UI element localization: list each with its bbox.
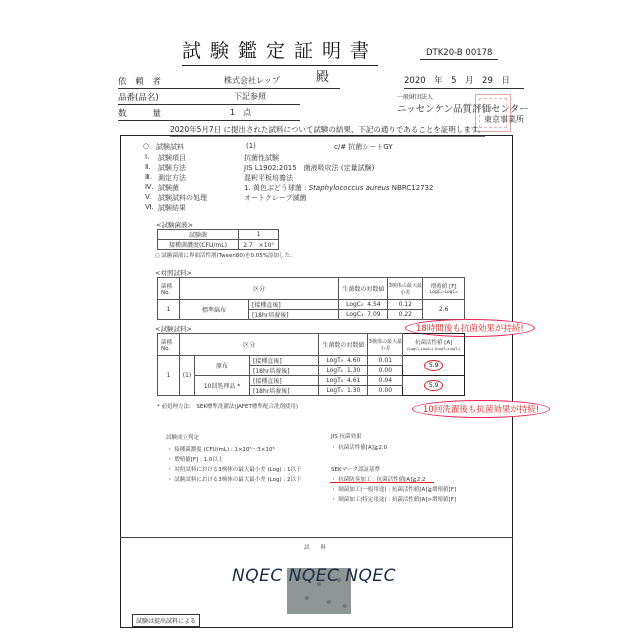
item-value: 1. 黄色ぶどう球菌 : Staphylococcus aureus NBRC1… <box>244 183 434 193</box>
jis-heading: JIS 抗菌効果 <box>331 432 361 440</box>
validity-heading: 試験成立判定 <box>166 433 199 441</box>
item-number: Ⅳ. <box>145 183 154 191</box>
test-group-1-name: 10回処理品 * <box>195 376 250 396</box>
item-label: 測定方法 <box>158 173 186 183</box>
certificate-title: 試験鑑定証明書 <box>182 36 378 66</box>
client-label: 依 頼 者 <box>118 75 164 87</box>
specimen-note: 試験は提出試料による <box>132 614 200 627</box>
org-type: 一般財団法人 <box>397 92 433 101</box>
control-name: 標準綿布 <box>180 300 249 320</box>
item-value: オートクレーブ滅菌 <box>244 193 307 203</box>
test-g0-diff-1: 0.00 <box>368 366 403 376</box>
specimen-divider <box>120 537 513 538</box>
item-number: Ⅵ. <box>145 203 154 211</box>
test-g1-log-0: LogT₀ 4.61 <box>319 376 368 386</box>
test-sub: (1) <box>180 356 195 396</box>
test-header-diff: 3検体の最大最小差 <box>368 334 403 356</box>
item-label: 試験結果 <box>158 203 186 213</box>
jis-item: ・ 抗菌活性値[A]≧2.0 <box>331 443 387 451</box>
product-label: 品番(品名) <box>118 91 159 103</box>
sek-heading: SEKマーク認証基準 <box>331 465 380 473</box>
control-diff-0: 0.12 <box>388 300 423 310</box>
test-header-no: 菌種 No. <box>158 334 180 356</box>
item-number: Ⅱ. <box>145 163 151 171</box>
test-group-1-activity: 5.9 <box>403 376 465 396</box>
control-header-category: 区分 <box>180 278 339 300</box>
inoculum-table: 試験菌 1 接種菌濃度(CFU/mL) 2.7 ×10⁵ <box>157 229 279 250</box>
test-group-0-name: 原布 <box>195 356 250 376</box>
quantity-value: 1 点 <box>230 107 251 118</box>
sek-item: ・ 制菌加工(一般用途) : 抗菌活性値[A]≧増殖値[F] <box>331 485 456 493</box>
test-no: 1 <box>158 356 180 396</box>
item-number: Ⅰ. <box>145 153 149 161</box>
client-value: 株式会社レップ <box>224 75 280 86</box>
item-number: Ⅲ. <box>145 173 152 181</box>
client-row: 依 頼 者 株式会社レップ <box>118 74 340 89</box>
control-timing-1: [18hr培養後] <box>249 310 339 320</box>
validity-item: ・ 対照試料における3検体の最大最小差 (Log) : 1以下 <box>167 465 301 473</box>
control-timing-0: [接種直後] <box>249 300 339 310</box>
test-header-log: 生菌数の対数値 <box>319 334 368 356</box>
validity-item: ・ 接種菌濃度 (CFU/mL) : 1×10⁵～3×10⁵ <box>167 445 275 453</box>
callout-10-washes: 10回洗濯後も抗菌効果が持続! <box>412 400 550 418</box>
item-value: JIS L1902:2015 菌液吸収法 (定量試験) <box>244 163 374 173</box>
quantity-label: 数 量 <box>118 107 164 119</box>
document-number: DTK20-B 00178 <box>420 48 498 60</box>
test-g0-timing-1: [18hr培養後] <box>250 366 319 376</box>
item-value: 抗菌性試験 <box>244 153 279 163</box>
control-heading: <対照試料> <box>155 268 192 277</box>
specimen-heading: 試 料 <box>304 543 326 551</box>
validity-item: ・ 試験試料における3検体の最大最小差 (Log) : 2以下 <box>167 475 301 483</box>
control-header-growth: 増殖値 [F] LogC₁-LogC₀ <box>423 278 465 300</box>
org-name: ニッセンケン品質評価センター <box>397 101 529 115</box>
test-heading: <試験試料> <box>155 324 192 333</box>
product-row: 品番(品名) 下記参照 <box>118 90 300 105</box>
test-footnote: * 前処理方法: SEK標準洗濯法(JAFET標準配合洗剤使用) <box>157 402 298 410</box>
test-g1-timing-1: [18hr培養後] <box>250 386 319 396</box>
validity-item: ・ 増殖値[F] : 1.0以上 <box>167 455 223 463</box>
test-g1-log-1: LogT₁ 1.30 <box>319 386 368 396</box>
test-table: 菌種 No. 区分 生菌数の対数値 3検体の最大最小差 抗菌活性値 [A] (L… <box>157 333 465 396</box>
item-label: 試験項目 <box>158 153 186 163</box>
control-no: 1 <box>158 300 180 320</box>
item-label: 試験試料の処理 <box>158 193 207 203</box>
control-header-no: 菌種 No. <box>158 278 180 300</box>
control-header-diff: 3検体の最大最小差 <box>388 278 423 300</box>
org-branch: 東京事業所 <box>484 114 524 125</box>
item-label: 試験菌 <box>158 183 179 193</box>
issue-date: 2020 年 5 月 29 日 <box>404 74 524 89</box>
test-g1-diff-0: 0.04 <box>368 376 403 386</box>
inoculum-bacteria-value: 1 <box>239 230 279 240</box>
test-g0-log-0: LogT₀ 4.60 <box>319 356 368 366</box>
control-diff-1: 0.22 <box>388 310 423 320</box>
test-header-activity: 抗菌活性値 [A] (LogC₁-LogC₀)-(LogT₁-LogT₀) <box>403 334 465 356</box>
sample-label: 試験試料 <box>156 142 184 152</box>
sample-marker: ○ <box>143 142 149 150</box>
control-header-log: 生菌数の対数値 <box>339 278 388 300</box>
growth-title: 増殖値 [F] <box>423 282 464 290</box>
honorific: 殿 <box>316 66 329 85</box>
nqec-logo-print: NQEC NQEC NQEC <box>232 566 396 586</box>
sek-item: ・ 制菌加工(特定用途) : 抗菌活性値[A]>増殖値[F] <box>331 495 456 503</box>
test-group-0-activity: 5.9 <box>403 356 465 376</box>
activity-formula: (LogC₁-LogC₀)-(LogT₁-LogT₀) <box>403 346 464 351</box>
test-g1-diff-1: 0.00 <box>368 386 403 396</box>
test-g0-timing-0: [接種直後] <box>250 356 319 366</box>
test-g0-diff-0: 0.01 <box>368 356 403 366</box>
sek-highlight-underline <box>330 482 434 483</box>
sample-number: (1) <box>246 142 256 150</box>
control-log-0: LogC₀ 4.54 <box>339 300 388 310</box>
control-table: 菌種 No. 区分 生菌数の対数値 3検体の最大最小差 増殖値 [F] LogC… <box>157 277 465 320</box>
activity-title: 抗菌活性値 [A] <box>403 338 464 346</box>
product-value: 下記参照 <box>234 91 266 102</box>
inoculum-heading: <試験菌液> <box>156 220 193 229</box>
inoculum-note: ○ 試験菌液に界面活性剤(Tween80)を0.05%添加した。 <box>155 251 296 259</box>
control-log-1: LogC₁ 7.09 <box>339 310 388 320</box>
test-g0-log-1: LogT₁ 1.30 <box>319 366 368 376</box>
item-value: 混釈平板培養法 <box>244 173 293 183</box>
test-header-category: 区分 <box>180 334 319 356</box>
quantity-row: 数 量 1 点 <box>118 106 300 121</box>
item-number: Ⅴ. <box>145 193 152 201</box>
control-growth-value: 2.6 <box>423 300 465 320</box>
item-label: 試験方法 <box>158 163 186 173</box>
inoculum-concentration-value: 2.7 ×10⁵ <box>239 240 279 250</box>
growth-formula: LogC₁-LogC₀ <box>423 290 464 295</box>
inoculum-concentration-label: 接種菌濃度(CFU/mL) <box>158 240 239 250</box>
test-g1-timing-0: [接種直後] <box>250 376 319 386</box>
sample-name: c/# 抗菌シートGY <box>334 142 393 152</box>
inoculum-bacteria-label: 試験菌 <box>158 230 239 240</box>
